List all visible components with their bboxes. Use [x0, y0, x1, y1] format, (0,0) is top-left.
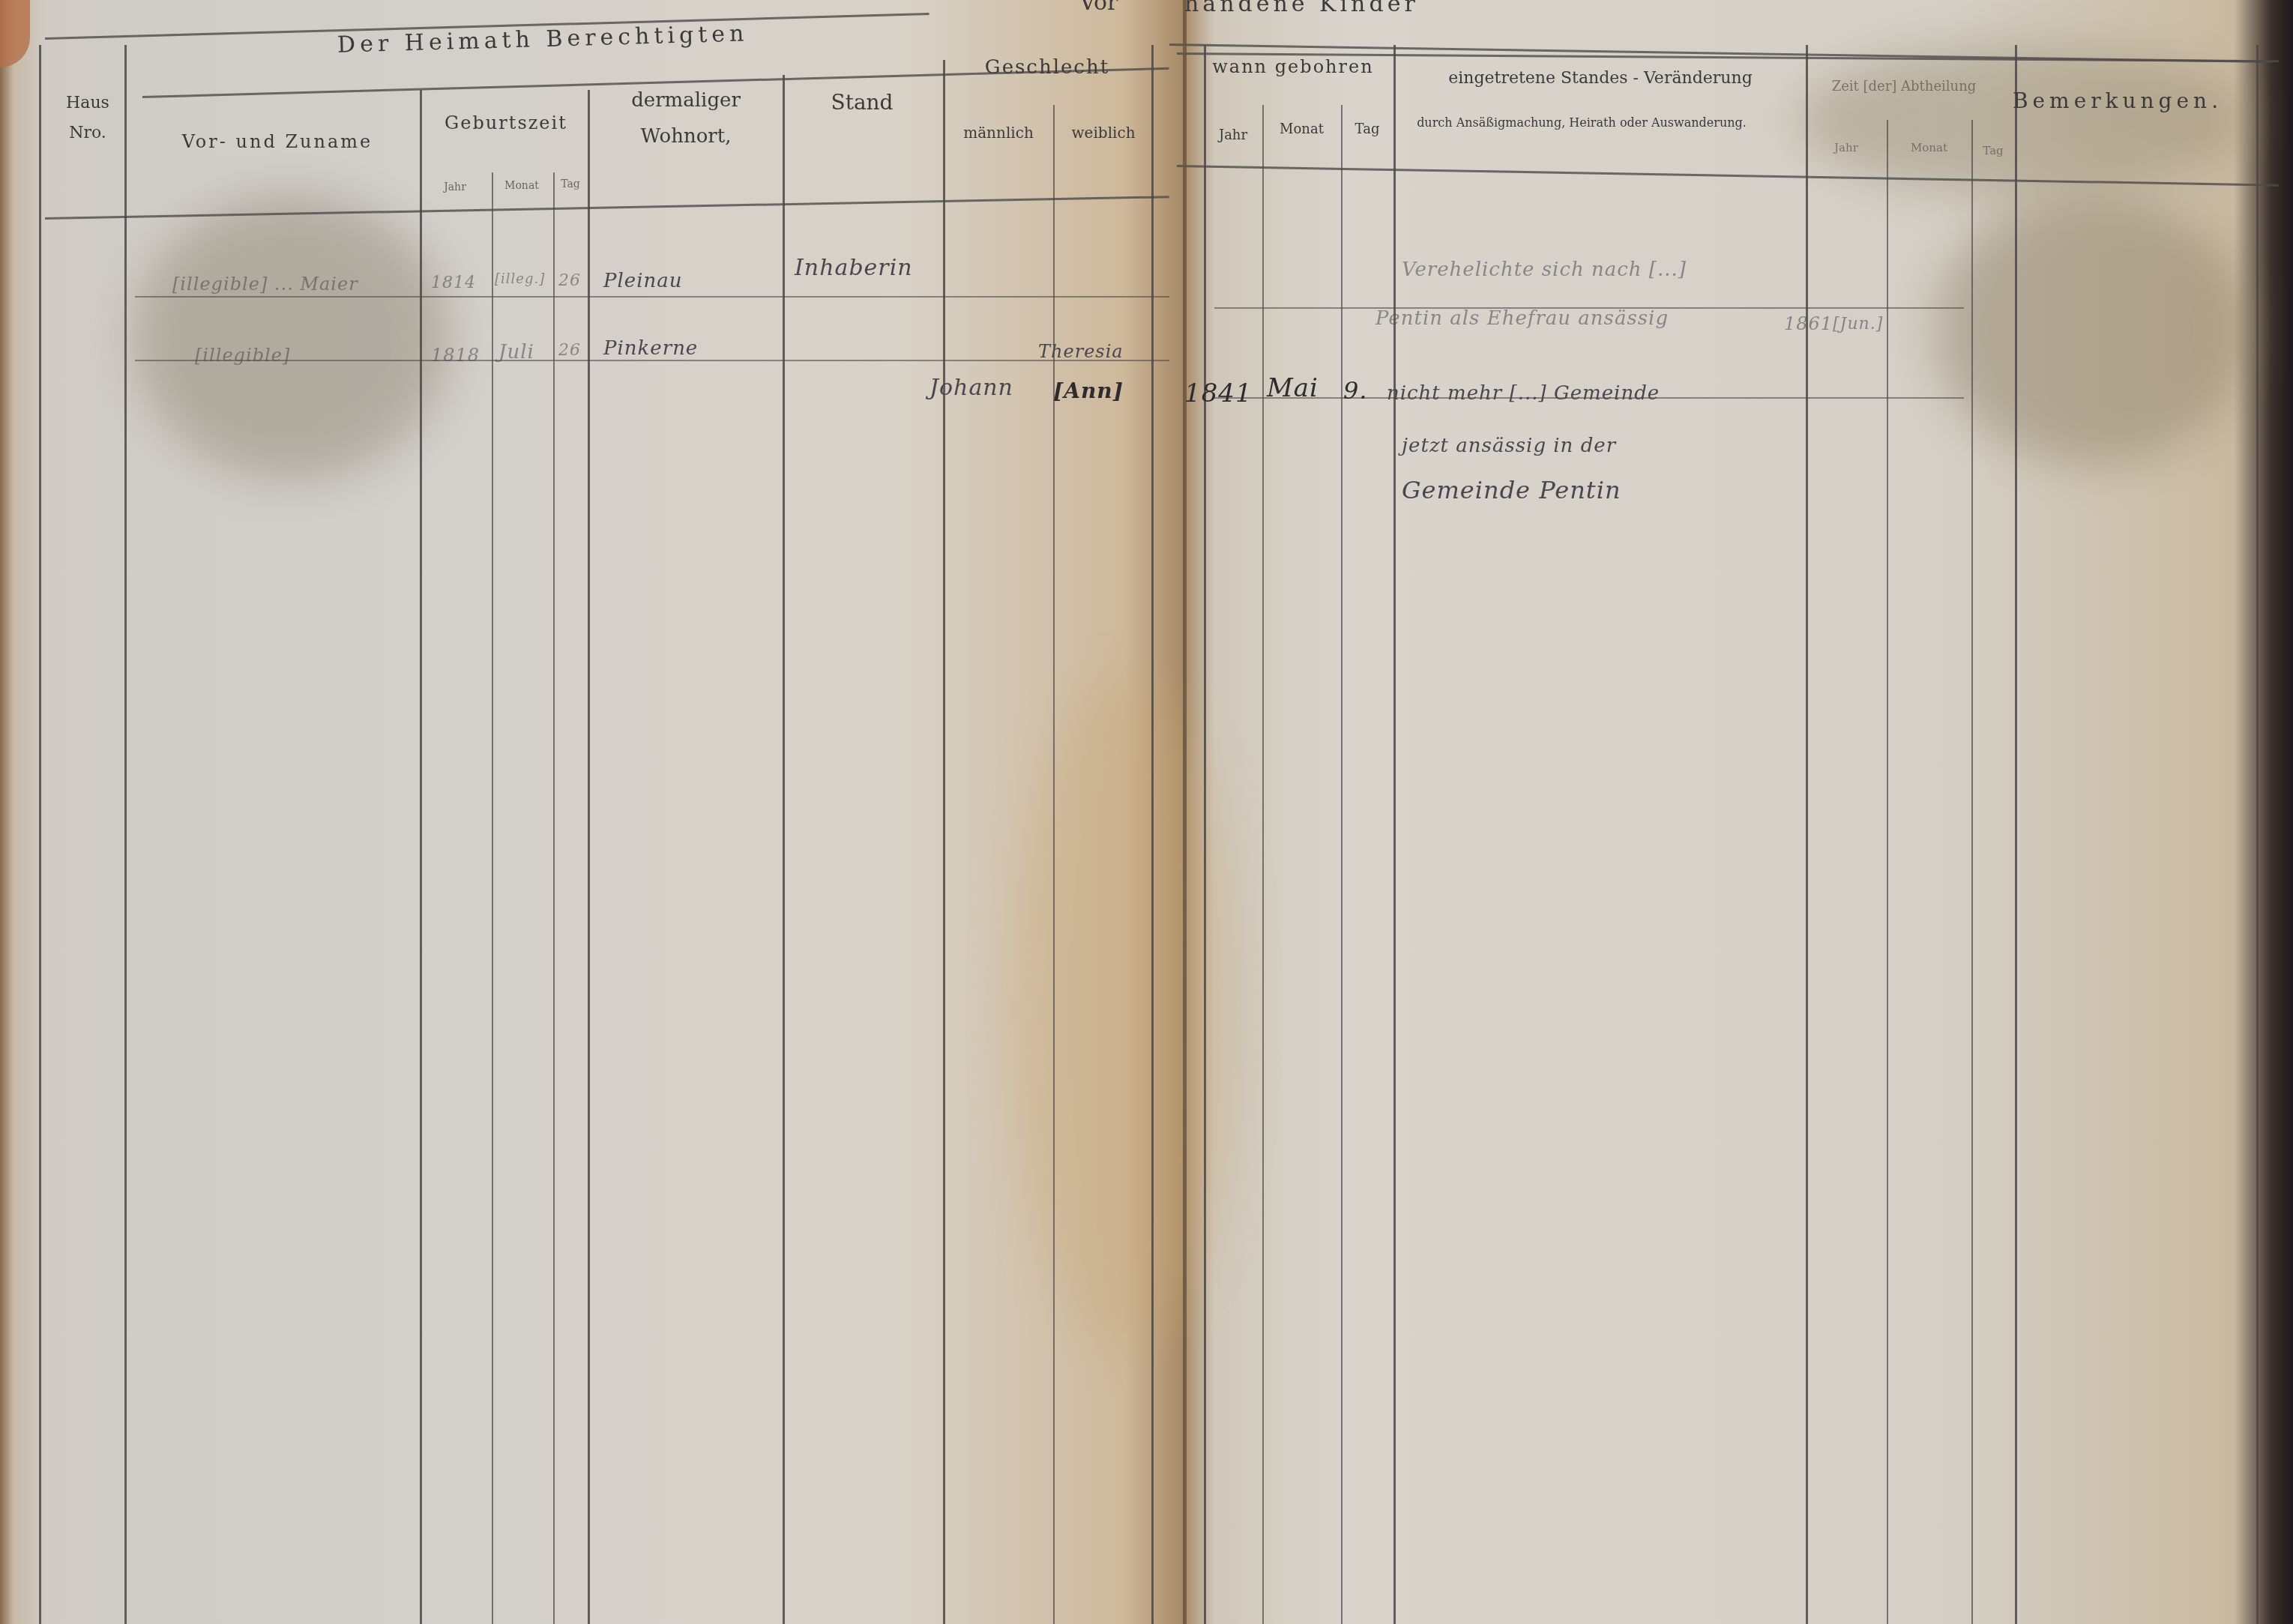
col-line-geboren-monat	[1341, 105, 1343, 1624]
col-line-geboren	[1393, 45, 1396, 1624]
col-line-zeit-jahr	[1887, 120, 1888, 1624]
col-line-stand	[943, 60, 945, 1624]
book-spine	[1183, 0, 1187, 1624]
entry-row2-monat: Juli	[498, 341, 534, 363]
entry-child-weiblich: [Ann]	[1053, 378, 1124, 403]
header-dermaliger-wohnort: dermaliger Wohnort,	[592, 82, 780, 154]
header-geboren-tag: Tag	[1341, 121, 1393, 137]
entry-zeit-extra: [Jun.]	[1833, 315, 1883, 333]
col-line-wohnort	[783, 75, 785, 1624]
entry-veraenderung-line3: nicht mehr [...] Gemeinde	[1387, 382, 1660, 405]
entry-row2-wohnort: Pinkerne	[603, 337, 698, 360]
stain	[1934, 195, 2249, 465]
col-line-geschlecht-mid	[1053, 105, 1055, 1624]
stain	[1799, 45, 2249, 195]
col-line-zeit-monat	[1971, 120, 1973, 1624]
row-rule	[135, 296, 1169, 298]
col-line-veraenderung	[1806, 45, 1808, 1624]
spanning-title-vor: Vor	[1079, 0, 1118, 16]
header-veraenderung-subtext: durch Ansäßigmachung, Heirath oder Auswa…	[1417, 114, 1747, 132]
entry-child-weiblich-above: Theresia	[1038, 341, 1124, 362]
col-line-haus-nro	[124, 45, 127, 1624]
entry-row1-stand: Inhaberin	[795, 255, 913, 281]
entry-veraenderung-line1: Verehelichte sich nach [...]	[1402, 259, 1687, 281]
col-line-geburt-monat	[553, 172, 555, 1624]
entry-child-geboren-monat: Mai	[1267, 373, 1319, 403]
entry-row2-name: [illegible]	[195, 345, 290, 366]
header-haus-nro: Haus Nro.	[54, 88, 121, 148]
header-bottom-line-left	[45, 196, 1169, 220]
col-line-right-page-start	[1204, 45, 1206, 1624]
col-line-geburt-jahr	[492, 172, 493, 1624]
entry-child-maennlich: Johann	[929, 375, 1013, 401]
section-title-heimath-berechtigten: Der Heimath Berechtigten	[337, 20, 749, 58]
header-zeit-jahr: Jahr	[1806, 141, 1887, 154]
col-line-geboren-jahr	[1262, 105, 1264, 1624]
entry-row2-tag: 26	[558, 341, 581, 360]
entry-veraenderung-line4: jetzt ansässig in der	[1402, 435, 1616, 457]
header-standes-veraenderung: eingetretene Standes - Veränderung	[1398, 69, 1803, 88]
header-geburtszeit: Geburtszeit	[427, 112, 585, 133]
entry-child-geboren-jahr: 1841	[1184, 378, 1253, 408]
open-ledger: Der Heimath Berechtigten Haus Nro. Vor- …	[0, 0, 2293, 1624]
entry-zeit-jahr: 1861	[1784, 313, 1833, 334]
header-vor-und-zuname: Vor- und Zuname	[150, 131, 405, 152]
thumb-edge	[0, 0, 30, 67]
header-zeit-monat: Monat	[1887, 141, 1971, 154]
entry-row1-jahr: 1814	[431, 274, 476, 292]
entry-row1-monat: [illeg.]	[495, 271, 545, 287]
header-stand: Stand	[787, 90, 937, 115]
col-line-geburtszeit	[588, 90, 590, 1624]
entry-child-geboren-tag: 9.	[1343, 376, 1368, 405]
col-line-zeit	[2015, 45, 2017, 1624]
entry-veraenderung-line2: Pentin als Ehefrau ansässig	[1376, 307, 1669, 330]
col-line-geschlecht-end	[1151, 45, 1154, 1624]
stain	[135, 195, 450, 480]
col-line-page-edge-left	[39, 45, 41, 1624]
col-line-name	[420, 90, 422, 1624]
header-weiblich: weiblich	[1055, 124, 1151, 142]
header-geburt-jahr: Jahr	[421, 181, 489, 193]
header-geschlecht: Geschlecht	[946, 56, 1148, 79]
entry-veraenderung-line5: Gemeinde Pentin	[1402, 476, 1621, 504]
stain	[1012, 674, 1237, 1349]
entry-row1-wohnort: Pleinau	[603, 270, 683, 292]
col-line-page-edge-right	[2256, 45, 2259, 1624]
header-geboren-monat: Monat	[1262, 121, 1341, 137]
header-bemerkungen: Bemerkungen.	[1979, 88, 2256, 113]
entry-row1-tag: 26	[558, 271, 581, 290]
entry-row1-name: [illegible] ... Maier	[172, 274, 358, 295]
header-zeit-tag: Tag	[1971, 144, 2015, 157]
entry-row2-jahr: 1818	[431, 345, 480, 366]
header-geboren-jahr: Jahr	[1204, 127, 1262, 143]
header-zeit: Zeit [der] Abtheilung	[1799, 79, 2009, 94]
spanning-title-handene-kinder: handene Kinder	[1184, 0, 1419, 17]
header-geburt-tag: Tag	[553, 178, 588, 190]
header-wann-gebohren: wann gebohren	[1196, 56, 1390, 77]
header-geburt-monat: Monat	[492, 180, 552, 192]
header-maennlich: männlich	[946, 124, 1051, 142]
